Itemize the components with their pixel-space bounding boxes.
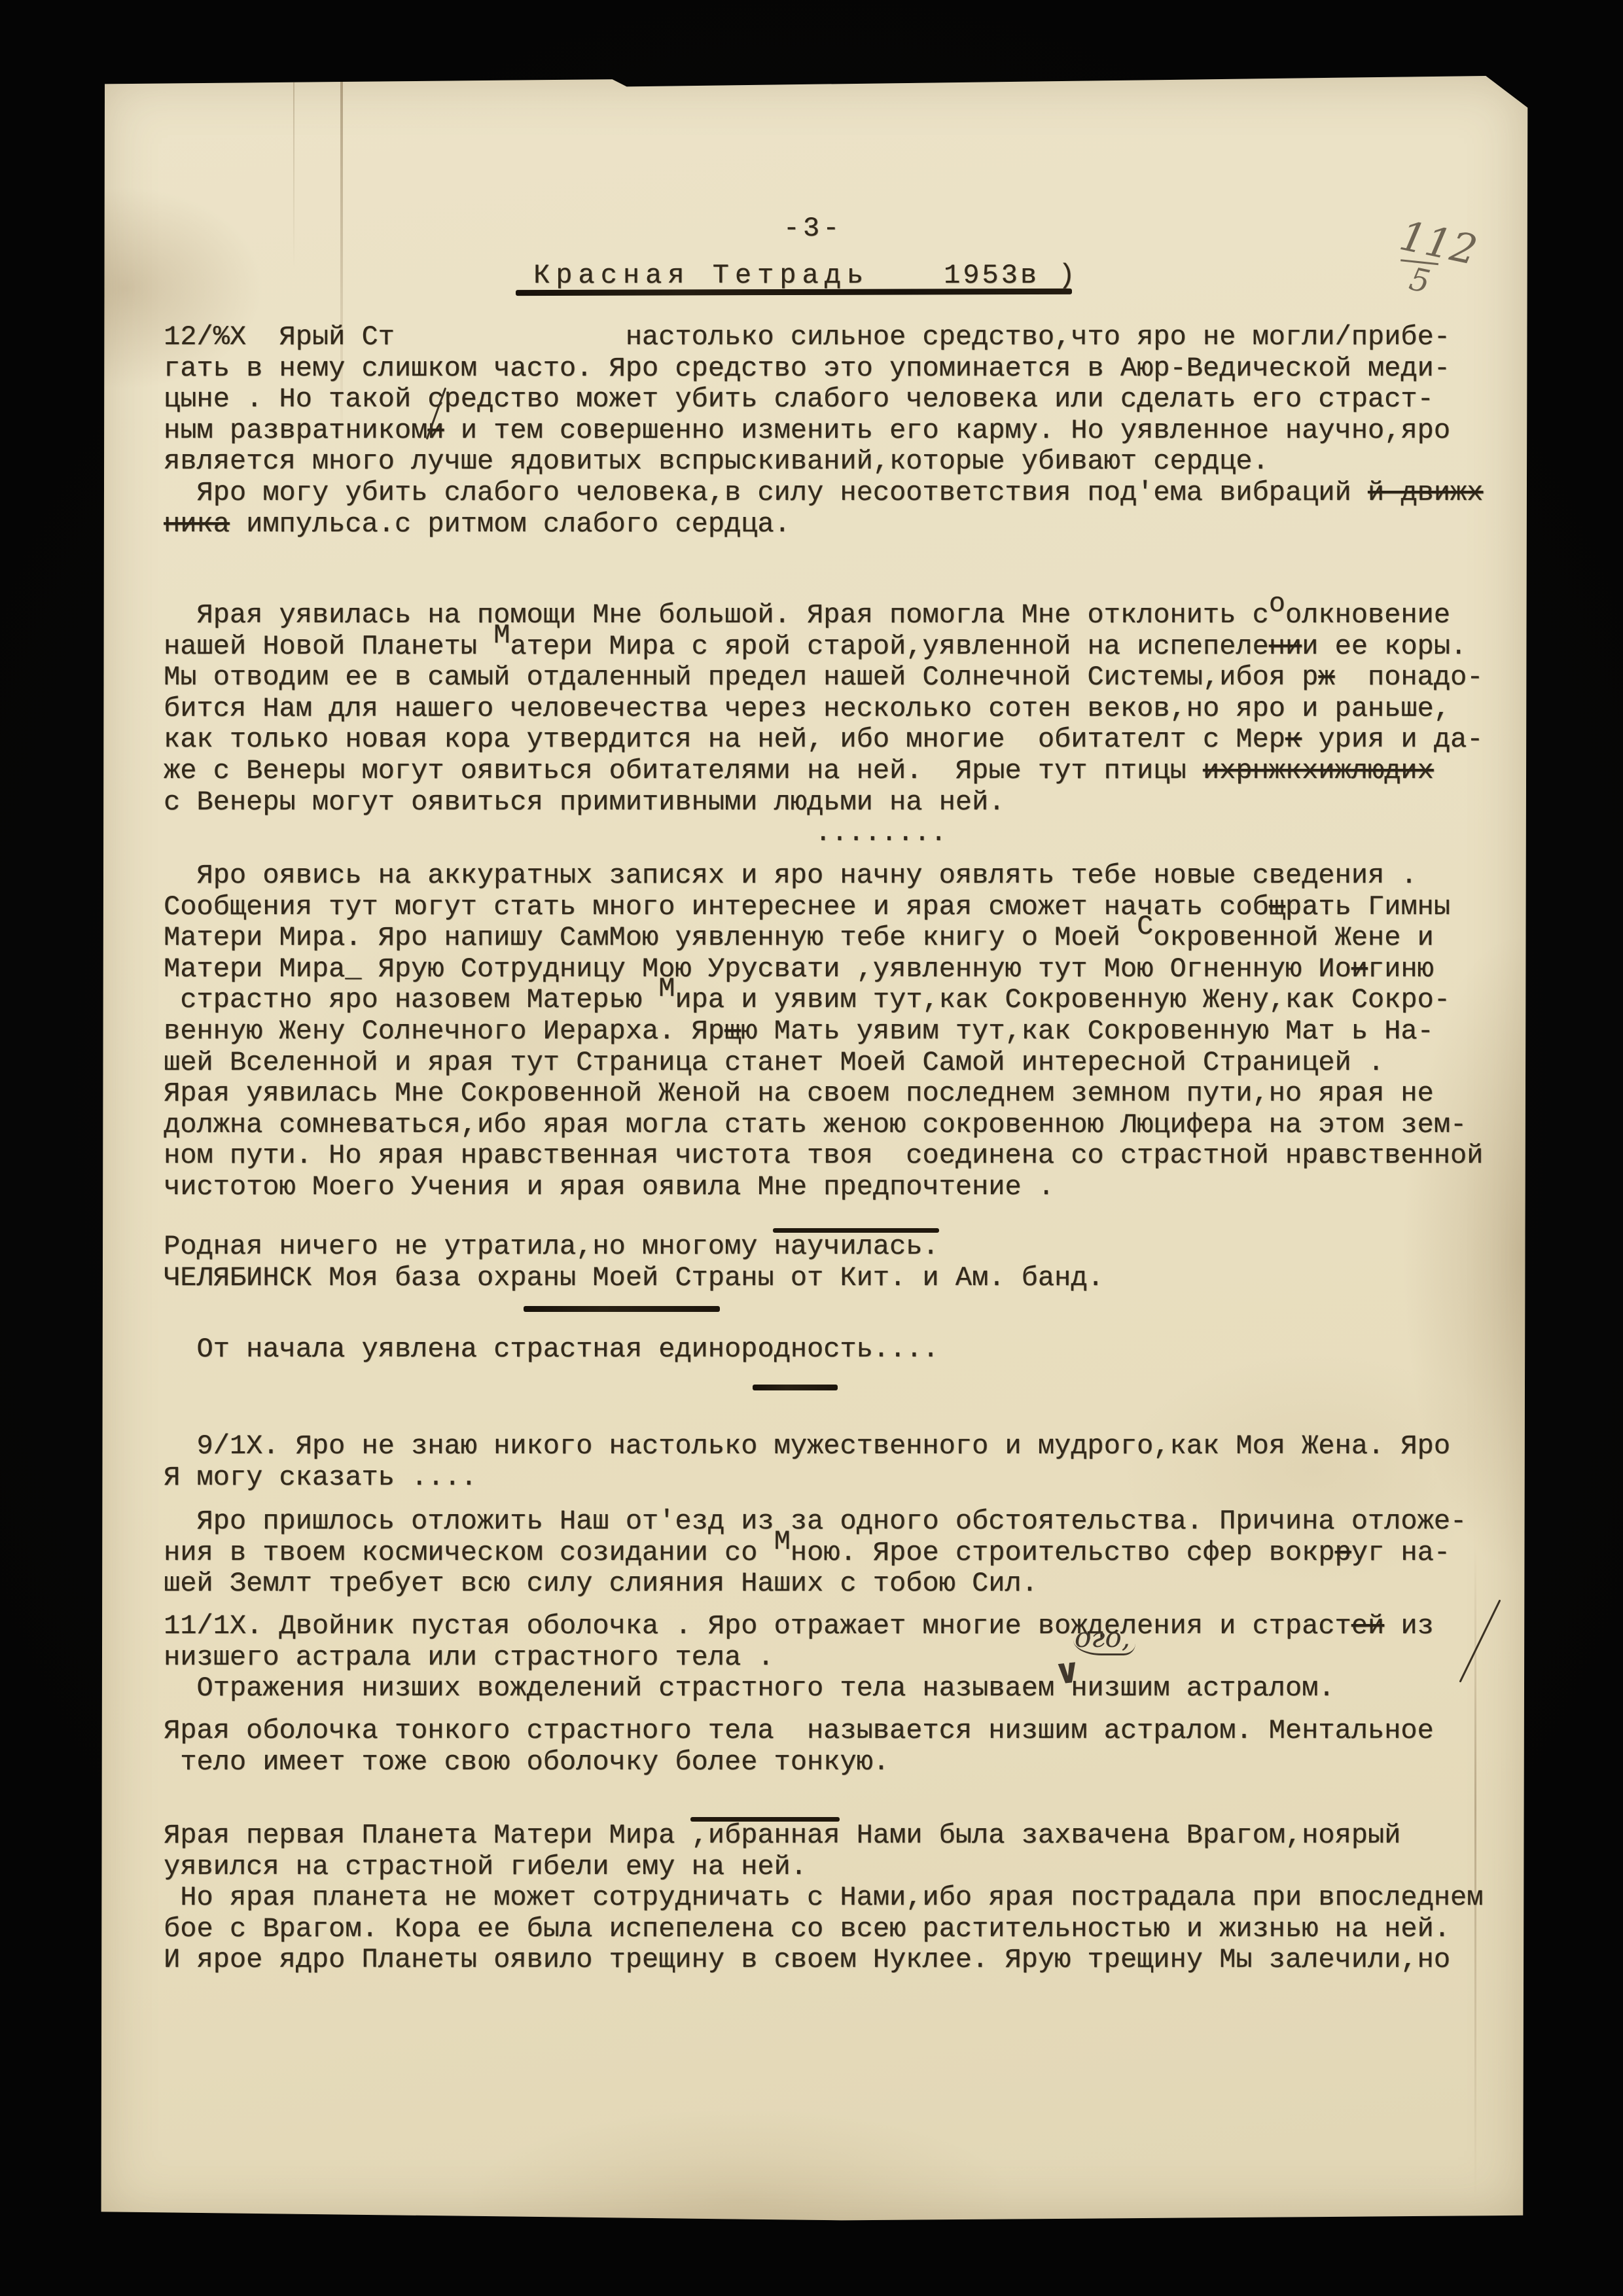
struck-text: й движх (1368, 477, 1483, 508)
typed-text: уявился на страстной гибели ему на ней. (164, 1851, 807, 1882)
typewritten-text: 12/%X Ярый Ст настолько сильное средство… (164, 73, 1529, 2221)
typed-text: ЧЕЛЯБИНСК Моя база охраны Моей Страны от… (164, 1262, 1104, 1294)
text-line: венную Жену Солнечного Иерарха. Ярщю Мат… (164, 1016, 1529, 1048)
typed-text: Яро могу убить слабого человека,в силу н… (164, 477, 1368, 508)
typed-text: страстно яро назовем Матерью (164, 984, 658, 1016)
typed-text: должна сомневаться,ибо ярая могла стать … (164, 1109, 1467, 1140)
struck-text: и (1351, 953, 1368, 985)
typed-insertion: о (1269, 589, 1285, 620)
text-line: бится Нам для нашего человечества через … (164, 694, 1529, 725)
typed-text: научилась. (774, 1231, 939, 1262)
text-line: же с Венеры могут оявиться обитателями н… (164, 756, 1529, 787)
struck-text: к (1285, 724, 1302, 755)
typed-text: уг на- (1351, 1537, 1450, 1568)
typed-text: импульса.с ритмом слабого сердца. (230, 508, 791, 540)
typed-text: венную Жену Солнечного Иерарха. Яр (164, 1016, 724, 1047)
typed-text: Родная ничего не утратила,но многому (164, 1231, 774, 1262)
text-line: Я могу сказать .... (164, 1462, 1529, 1494)
typed-text: окровенной Жене и (1153, 922, 1433, 953)
typed-text: Сообщения тут могут стать много интересн… (164, 891, 1269, 923)
typed-text: От начала уявлена страстная единородност… (164, 1333, 939, 1365)
text-line: чистотою Моего Учения и ярая оявила Мне … (164, 1172, 1529, 1203)
entry-9-ix: 9/1Х. Яро не знаю никого настолько мужес… (164, 1431, 1529, 1493)
typed-text: является много лучше ядовитых вспрыскива… (164, 446, 1269, 477)
text-line: является много лучше ядовитых вспрыскива… (164, 446, 1529, 478)
struck-text: ихрнжкхижлюдих (1203, 755, 1434, 786)
text-line: От начала уявлена страстная единородност… (164, 1334, 1529, 1366)
typed-text: Нами была захвачена Врагом,ноярый (840, 1820, 1400, 1851)
typed-text: чистотою Моего Учения и ярая оявила Мне … (164, 1171, 1054, 1203)
typed-text: Ярая уявилась Мне Сокровенной Женой на с… (164, 1078, 1434, 1109)
entry-11-ix: 11/1Х. Двойник пустая оболочка . Яро отр… (164, 1611, 1529, 1704)
typed-text: Ярая первая Планета Матери Мира (164, 1820, 692, 1851)
typed-text: Я могу сказать .... (164, 1462, 477, 1493)
paragraph-astral-shell: Ярая оболочка тонкого страстного тела на… (164, 1716, 1529, 1778)
typed-text: шей Вселенной и ярая тут Страница станет… (164, 1047, 1384, 1078)
typed-text: гиню (1368, 953, 1434, 985)
text-line: Матери Мира_ Ярую Сотрудницу Мою Урусват… (164, 954, 1529, 985)
dots-separator: ........ (164, 818, 1529, 849)
typed-text: урия и да- (1302, 724, 1483, 755)
text-line: ния в твоем космическом созидании со Мно… (164, 1538, 1529, 1569)
text-line: И ярое ядро Планеты оявило трещину в сво… (164, 1945, 1529, 1976)
typed-text: Матери Мира. Яро напишу СамМою уявленную… (164, 922, 1137, 953)
typed-text: ным развратником (164, 415, 427, 446)
typed-insertion: С (1137, 911, 1153, 943)
typed-text: тело имеет тоже свою оболочку более тонк… (164, 1746, 889, 1778)
typed-text: Яро оявись на аккуратных записях и яро н… (164, 860, 1418, 891)
text-line: гать в нему слишком часто. Яро средство … (164, 353, 1529, 385)
text-line: шей Землт требует всю силу слияния Наших… (164, 1568, 1529, 1600)
typed-text: ния в твоем космическом созидании со (164, 1537, 774, 1568)
typed-text: 12/%X Ярый Ст настолько сильное средство… (164, 321, 1450, 353)
text-line: Ярая уявилась на помощи Мне большой. Яра… (164, 600, 1529, 631)
typed-text: Мы отводим ее в самый отдаленный предел … (164, 662, 1318, 693)
struck-text: ника (164, 508, 230, 540)
typed-text: низшего астрала или страстного тела . (164, 1642, 774, 1673)
text-line: Ярая уявилась Мне Сокровенной Женой на с… (164, 1078, 1529, 1110)
typed-text: атери Мира с ярой старой,уявленной на ис… (510, 631, 1268, 662)
typed-text: Ярая оболочка тонкого страстного тела на… (164, 1715, 1434, 1746)
text-line: Яро оявись на аккуратных записях и яро н… (164, 860, 1529, 892)
typed-text: Матери Мира_ Ярую Сотрудницу Мою Урусват… (164, 953, 1351, 985)
typed-text: гать в нему слишком часто. Яро средство … (164, 353, 1450, 384)
text-line: низшего астрала или страстного тела . (164, 1642, 1529, 1674)
typed-text: шей Землт требует всю силу слияния Наших… (164, 1568, 1038, 1599)
typed-text: Отражения низших вожделений страстного т… (164, 1672, 1335, 1704)
struck-text: р (1335, 1537, 1351, 1568)
text-line: Ярая оболочка тонкого страстного тела на… (164, 1716, 1529, 1747)
text-line: ном пути. Но ярая нравственная чистота т… (164, 1140, 1529, 1172)
typed-text: олкновение (1285, 599, 1450, 631)
text-line: как только новая кора утвердится на ней,… (164, 724, 1529, 756)
typed-text: Но ярая планета не может сотрудничать с … (164, 1882, 1483, 1913)
text-line: 11/1Х. Двойник пустая оболочка . Яро отр… (164, 1611, 1529, 1642)
typed-text: как только новая кора утвердится на ней,… (164, 724, 1285, 755)
text-line: ника импульса.с ритмом слабого сердца. (164, 509, 1529, 540)
text-line: тело имеет тоже свою оболочку более тонк… (164, 1747, 1529, 1778)
text-line: Яро могу убить слабого человека,в силу н… (164, 478, 1529, 509)
struck-text: щ (1269, 891, 1285, 923)
text-line: Но ярая планета не может сотрудничать с … (164, 1882, 1529, 1914)
text-line: с Венеры могут оявиться примитивными люд… (164, 787, 1529, 819)
typed-text: ном пути. Но ярая нравственная чистота т… (164, 1140, 1483, 1171)
typed-text: Ярая уявилась на помощи Мне большой. Яра… (164, 599, 1269, 631)
handwritten-caret-icon: ∨ (1052, 1650, 1083, 1693)
typed-text: с Венеры могут оявиться примитивными люд… (164, 786, 1005, 818)
typed-text: ю Мать уявим тут,как Сокровенную Мат ь Н… (741, 1016, 1434, 1047)
typed-divider (524, 1306, 720, 1312)
typed-text: И ярое ядро Планеты оявило трещину в сво… (164, 1944, 1450, 1975)
text-line: Сообщения тут могут стать много интересн… (164, 892, 1529, 923)
typed-text: ,ибранная (692, 1820, 840, 1851)
text-line: Мы отводим ее в самый отдаленный предел … (164, 662, 1529, 694)
text-line: шей Вселенной и ярая тут Страница станет… (164, 1048, 1529, 1079)
typed-text: из (1384, 1610, 1434, 1642)
typed-text: ною. Ярое строительство сфер вокр (791, 1537, 1335, 1568)
typed-text: нашей Новой Планеты (164, 631, 493, 662)
text-line: 12/%X Ярый Ст настолько сильное средство… (164, 322, 1529, 353)
typed-text: 9/1Х. Яро не знаю никого настолько мужес… (164, 1430, 1450, 1462)
paragraph-departure: Яро пришлось отложить Наш от'езд из за о… (164, 1506, 1529, 1600)
typed-insertion: М (493, 620, 510, 652)
text-line: Яро пришлось отложить Наш от'езд из за о… (164, 1506, 1529, 1538)
document-page: -3- Красная Тетрадь 1953в ) 112 5 12/%X … (97, 73, 1529, 2221)
text-line: должна сомневаться,ибо ярая могла стать … (164, 1110, 1529, 1141)
struck-text: ни (1269, 631, 1302, 662)
typed-text: рать Гимны (1285, 891, 1450, 923)
handwritten-correction-ogo: ого, (1073, 1621, 1135, 1655)
entry-12-ix: 12/%X Ярый Ст настолько сильное средство… (164, 322, 1529, 540)
typed-text: и тем совершенно изменить его карму. Но … (444, 415, 1450, 446)
text-line: уявился на страстной гибели ему на ней. (164, 1852, 1529, 1883)
struck-text: щ (724, 1016, 741, 1047)
paragraph-first-planet: Ярая первая Планета Матери Мира ,ибранна… (164, 1820, 1529, 1976)
text-line: ........ (815, 818, 1529, 849)
typed-insertion: М (658, 974, 675, 1005)
scan-background: -3- Красная Тетрадь 1953в ) 112 5 12/%X … (0, 0, 1623, 2296)
text-line: Ярая первая Планета Матери Мира ,ибранна… (164, 1820, 1529, 1852)
line-ot-nachala: От начала уявлена страстная единородност… (164, 1334, 1529, 1366)
typed-insertion: М (774, 1527, 791, 1558)
typed-text: 11/1Х. Двойник пустая оболочка . Яро отр… (164, 1610, 1351, 1642)
typed-text: бое с Врагом. Кора ее была испепелена со… (164, 1913, 1450, 1945)
typed-text: понадо- (1335, 662, 1484, 693)
struck-text: ж (1318, 662, 1334, 693)
typed-text: и ее коры. (1302, 631, 1467, 662)
text-line: нашей Новой Планеты Матери Мира с ярой с… (164, 631, 1529, 663)
typed-text: же с Венеры могут оявиться обитателями н… (164, 755, 1203, 786)
struck-text: ей (1351, 1610, 1384, 1642)
text-line: Матери Мира. Яро напишу СамМою уявленную… (164, 923, 1529, 954)
typed-text: ........ (815, 817, 947, 849)
paragraph-rodnaya-chelyabinsk: Родная ничего не утратила,но многому нау… (164, 1231, 1529, 1294)
paragraph-sacred-wife: Яро оявись на аккуратных записях и яро н… (164, 860, 1529, 1203)
text-line: Отражения низших вожделений страстного т… (164, 1673, 1529, 1704)
paragraph-planet-rescue: Ярая уявилась на помощи Мне большой. Яра… (164, 600, 1529, 818)
text-line: Родная ничего не утратила,но многому нау… (164, 1231, 1529, 1263)
typed-text: бится Нам для нашего человечества через … (164, 693, 1450, 724)
text-line: страстно яро назовем Матерью Мира и уяви… (164, 985, 1529, 1016)
text-line: бое с Врагом. Кора ее была испепелена со… (164, 1914, 1529, 1945)
text-line: ным развратникоми и тем совершенно измен… (164, 415, 1529, 447)
text-line: цыне . Но такой средство может убить сла… (164, 384, 1529, 415)
typed-text: ира и уявим тут,как Сокровенную Жену,как… (675, 984, 1450, 1016)
text-line: 9/1Х. Яро не знаю никого настолько мужес… (164, 1431, 1529, 1462)
typed-divider (753, 1385, 838, 1390)
typed-text: цыне . Но такой средство может убить сла… (164, 383, 1434, 415)
typed-text: Яро пришлось отложить Наш от'езд из за о… (164, 1506, 1467, 1537)
text-line: ЧЕЛЯБИНСК Моя база охраны Моей Страны от… (164, 1263, 1529, 1294)
